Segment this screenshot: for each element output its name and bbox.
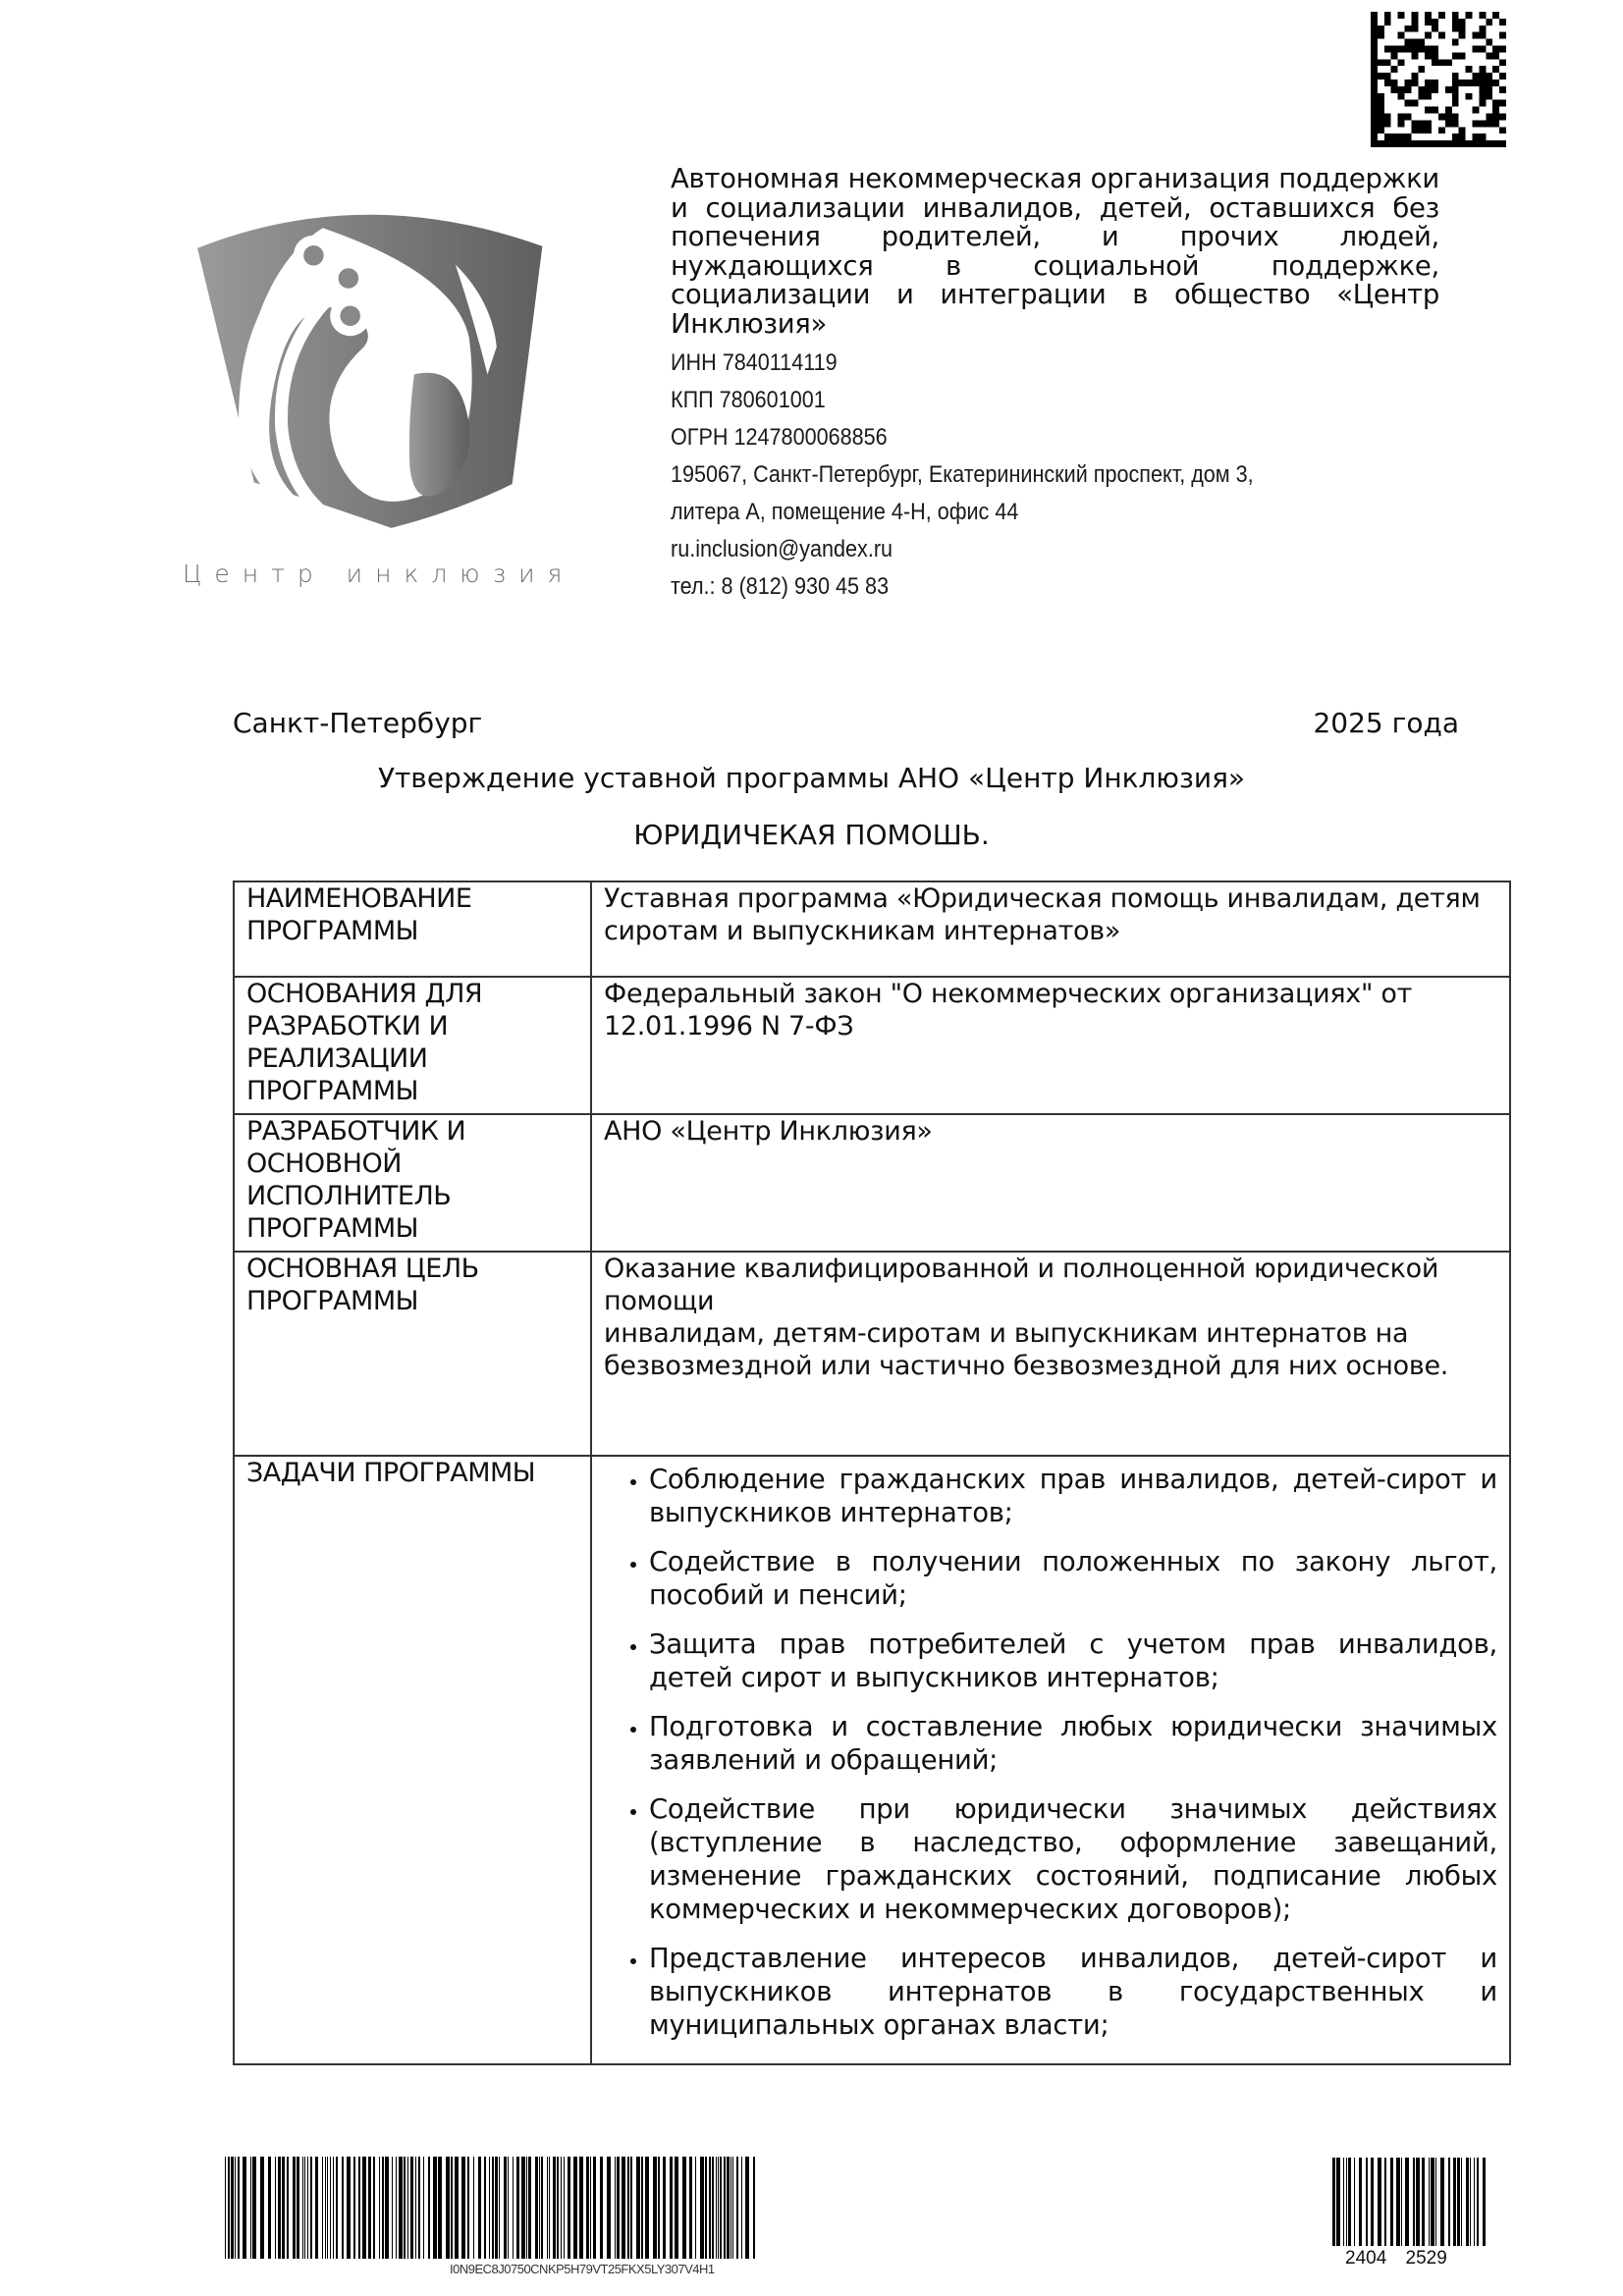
logo-caption: Центр инклюзия: [183, 560, 575, 588]
row-value: АНО «Центр Инклюзия»: [591, 1114, 1510, 1252]
row-value: Соблюдение гражданских прав инвалидов, д…: [591, 1456, 1510, 2064]
table-row: НАИМЕНОВАНИЕ ПРОГРАММЫ Уставная программ…: [234, 881, 1510, 977]
row-value: Оказание квалифицированной и полноценной…: [591, 1252, 1510, 1456]
row-label: РАЗРАБОТЧИК И ОСНОВНОЙ ИСПОЛНИТЕЛЬ ПРОГР…: [234, 1114, 591, 1252]
row-value: Федеральный закон "О некоммерческих орга…: [591, 977, 1510, 1114]
list-item: Представление интересов инвалидов, детей…: [649, 1942, 1497, 2042]
row-label: ЗАДАЧИ ПРОГРАММЫ: [234, 1456, 591, 2064]
document-year: 2025 года: [1313, 707, 1459, 739]
kpp: КПП 780601001: [671, 382, 1448, 419]
address-line-2: литера А, помещение 4-Н, офис 44: [671, 494, 1448, 531]
ogrn: ОГРН 1247800068856: [671, 419, 1448, 456]
row-label: ОСНОВАНИЯ ДЛЯ РАЗРАБОТКИ И РЕАЛИЗАЦИИ ПР…: [234, 977, 591, 1114]
row-value: Уставная программа «Юридическая помощь и…: [591, 881, 1510, 977]
goal-line: Оказание квалифицированной и полноценной…: [604, 1253, 1497, 1317]
table-row: ОСНОВНАЯ ЦЕЛЬ ПРОГРАММЫ Оказание квалифи…: [234, 1252, 1510, 1456]
program-table: НАИМЕНОВАНИЕ ПРОГРАММЫ Уставная программ…: [233, 881, 1511, 2065]
organization-full-name: Автономная некоммерческая организация по…: [671, 165, 1439, 339]
tasks-list: Соблюдение гражданских прав инвалидов, д…: [604, 1463, 1497, 2042]
table-row: ЗАДАЧИ ПРОГРАММЫ Соблюдение гражданских …: [234, 1456, 1510, 2064]
list-item: Содействие в получении положенных по зак…: [649, 1545, 1497, 1612]
document-subtitle: ЮРИДИЧЕКАЯ ПОМОШЬ.: [0, 819, 1623, 851]
table-row: ОСНОВАНИЯ ДЛЯ РАЗРАБОТКИ И РЕАЛИЗАЦИИ ПР…: [234, 977, 1510, 1114]
document-title: Утверждение уставной программы АНО «Цент…: [0, 762, 1623, 794]
inn: ИНН 7840114119: [671, 345, 1448, 382]
center-inclusion-logo-icon: [177, 191, 569, 594]
address-line-1: 195067, Санкт-Петербург, Екатерининский …: [671, 456, 1448, 494]
table-row: РАЗРАБОТЧИК И ОСНОВНОЙ ИСПОЛНИТЕЛЬ ПРОГР…: [234, 1114, 1510, 1252]
email: ru.inclusion@yandex.ru: [671, 531, 1448, 568]
barcode-main-icon: [225, 2157, 755, 2259]
list-item: Подготовка и составление любых юридическ…: [649, 1710, 1497, 1777]
barcode-main-code: I0N9EC8J0750CNKP5H79VT25FKX5LY307V4H1: [450, 2262, 715, 2276]
goal-line: безвозмездной или частично безвозмездной…: [604, 1350, 1497, 1382]
list-item: Соблюдение гражданских прав инвалидов, д…: [649, 1463, 1497, 1529]
row-label: ОСНОВНАЯ ЦЕЛЬ ПРОГРАММЫ: [234, 1252, 591, 1456]
phone: тел.: 8 (812) 930 45 83: [671, 568, 1448, 606]
list-item: Содействие при юридически значимых дейст…: [649, 1792, 1497, 1926]
organization-details: ИНН 7840114119 КПП 780601001 ОГРН 124780…: [671, 345, 1448, 606]
row-label: НАИМЕНОВАНИЕ ПРОГРАММЫ: [234, 881, 591, 977]
list-item: Защита прав потребителей с учетом прав и…: [649, 1628, 1497, 1694]
document-city: Санкт-Петербург: [233, 707, 482, 739]
barcode-small-code: 2404 2529: [1345, 2248, 1447, 2269]
goal-line: инвалидам, детям-сиротам и выпускникам и…: [604, 1317, 1497, 1350]
organization-header: Автономная некоммерческая организация по…: [671, 165, 1439, 606]
datamatrix-code-icon: [1371, 12, 1506, 147]
